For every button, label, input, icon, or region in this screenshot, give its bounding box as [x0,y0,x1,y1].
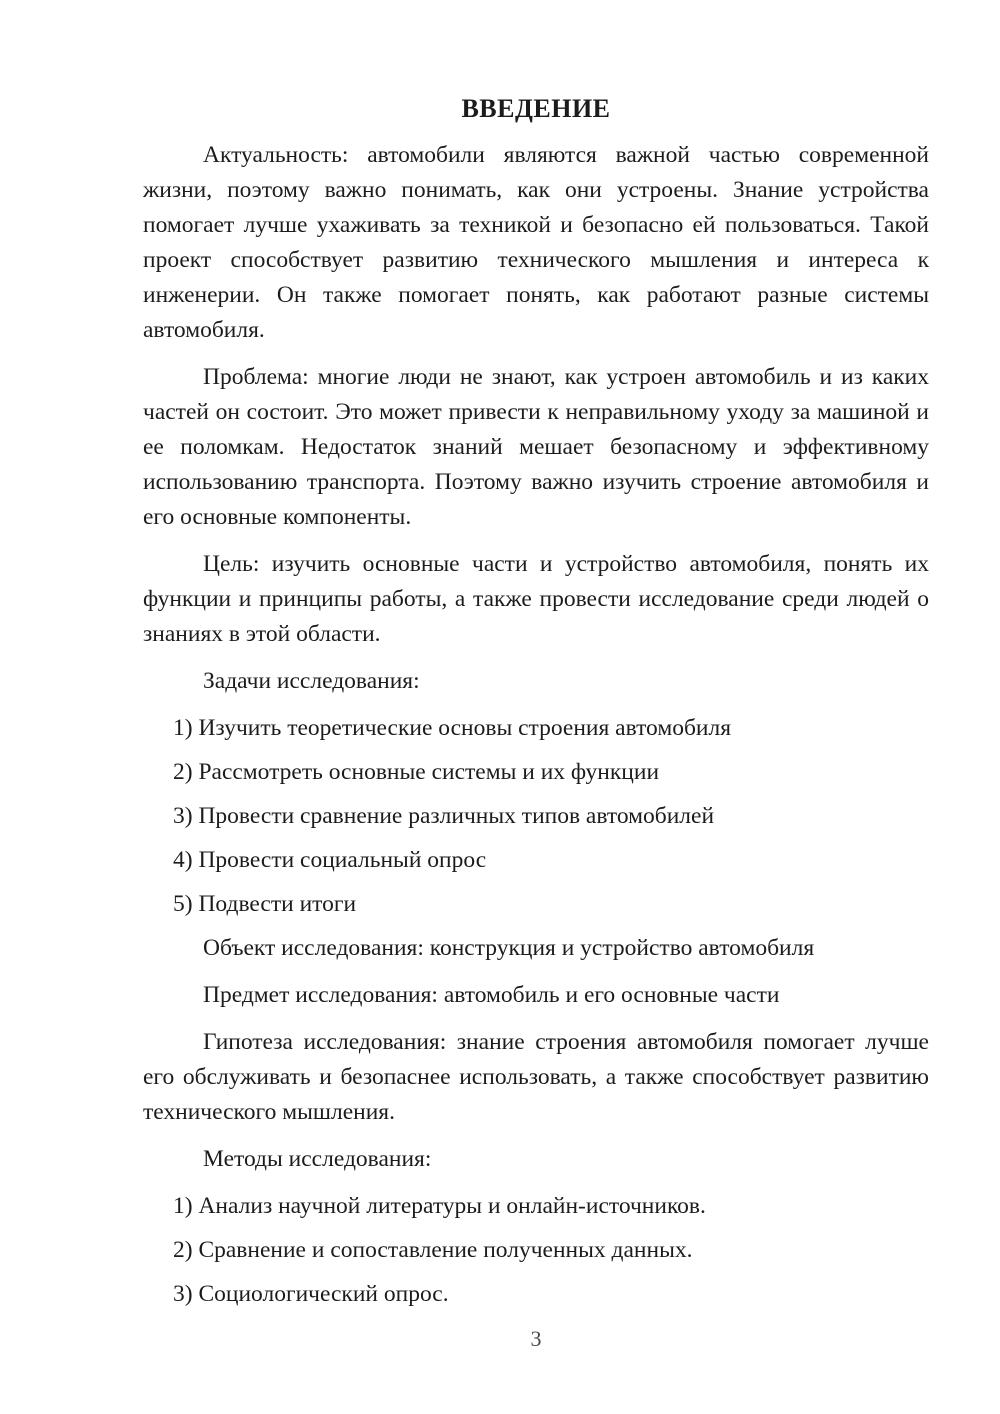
task-item-2: 2) Рассмотреть основные системы и их фун… [143,755,929,790]
paragraph-subject: Предмет исследования: автомобиль и его о… [143,978,929,1013]
paragraph-problem: Проблема: многие люди не знают, как устр… [143,360,929,535]
task-item-5: 5) Подвести итоги [143,887,929,922]
task-item-1: 1) Изучить теоретические основы строения… [143,711,929,746]
paragraph-actuality: Актуальность: автомобили являются важной… [143,138,929,348]
methods-heading: Методы исследования: [143,1142,929,1177]
paragraph-goal: Цель: изучить основные части и устройств… [143,547,929,652]
tasks-heading: Задачи исследования: [143,664,929,699]
method-item-2: 2) Сравнение и сопоставление полученных … [143,1233,929,1268]
task-item-3: 3) Провести сравнение различных типов ав… [143,799,929,834]
paragraph-object: Объект исследования: конструкция и устро… [143,931,929,966]
document-page: ВВЕДЕНИЕ Актуальность: автомобили являют… [0,0,1000,1414]
method-item-1: 1) Анализ научной литературы и онлайн-ис… [143,1189,929,1224]
method-item-3: 3) Социологический опрос. [143,1277,929,1312]
task-item-4: 4) Провести социальный опрос [143,843,929,878]
page-number: 3 [143,1321,929,1356]
page-title: ВВЕДЕНИЕ [143,91,929,126]
paragraph-hypothesis: Гипотеза исследования: знание строения а… [143,1025,929,1130]
